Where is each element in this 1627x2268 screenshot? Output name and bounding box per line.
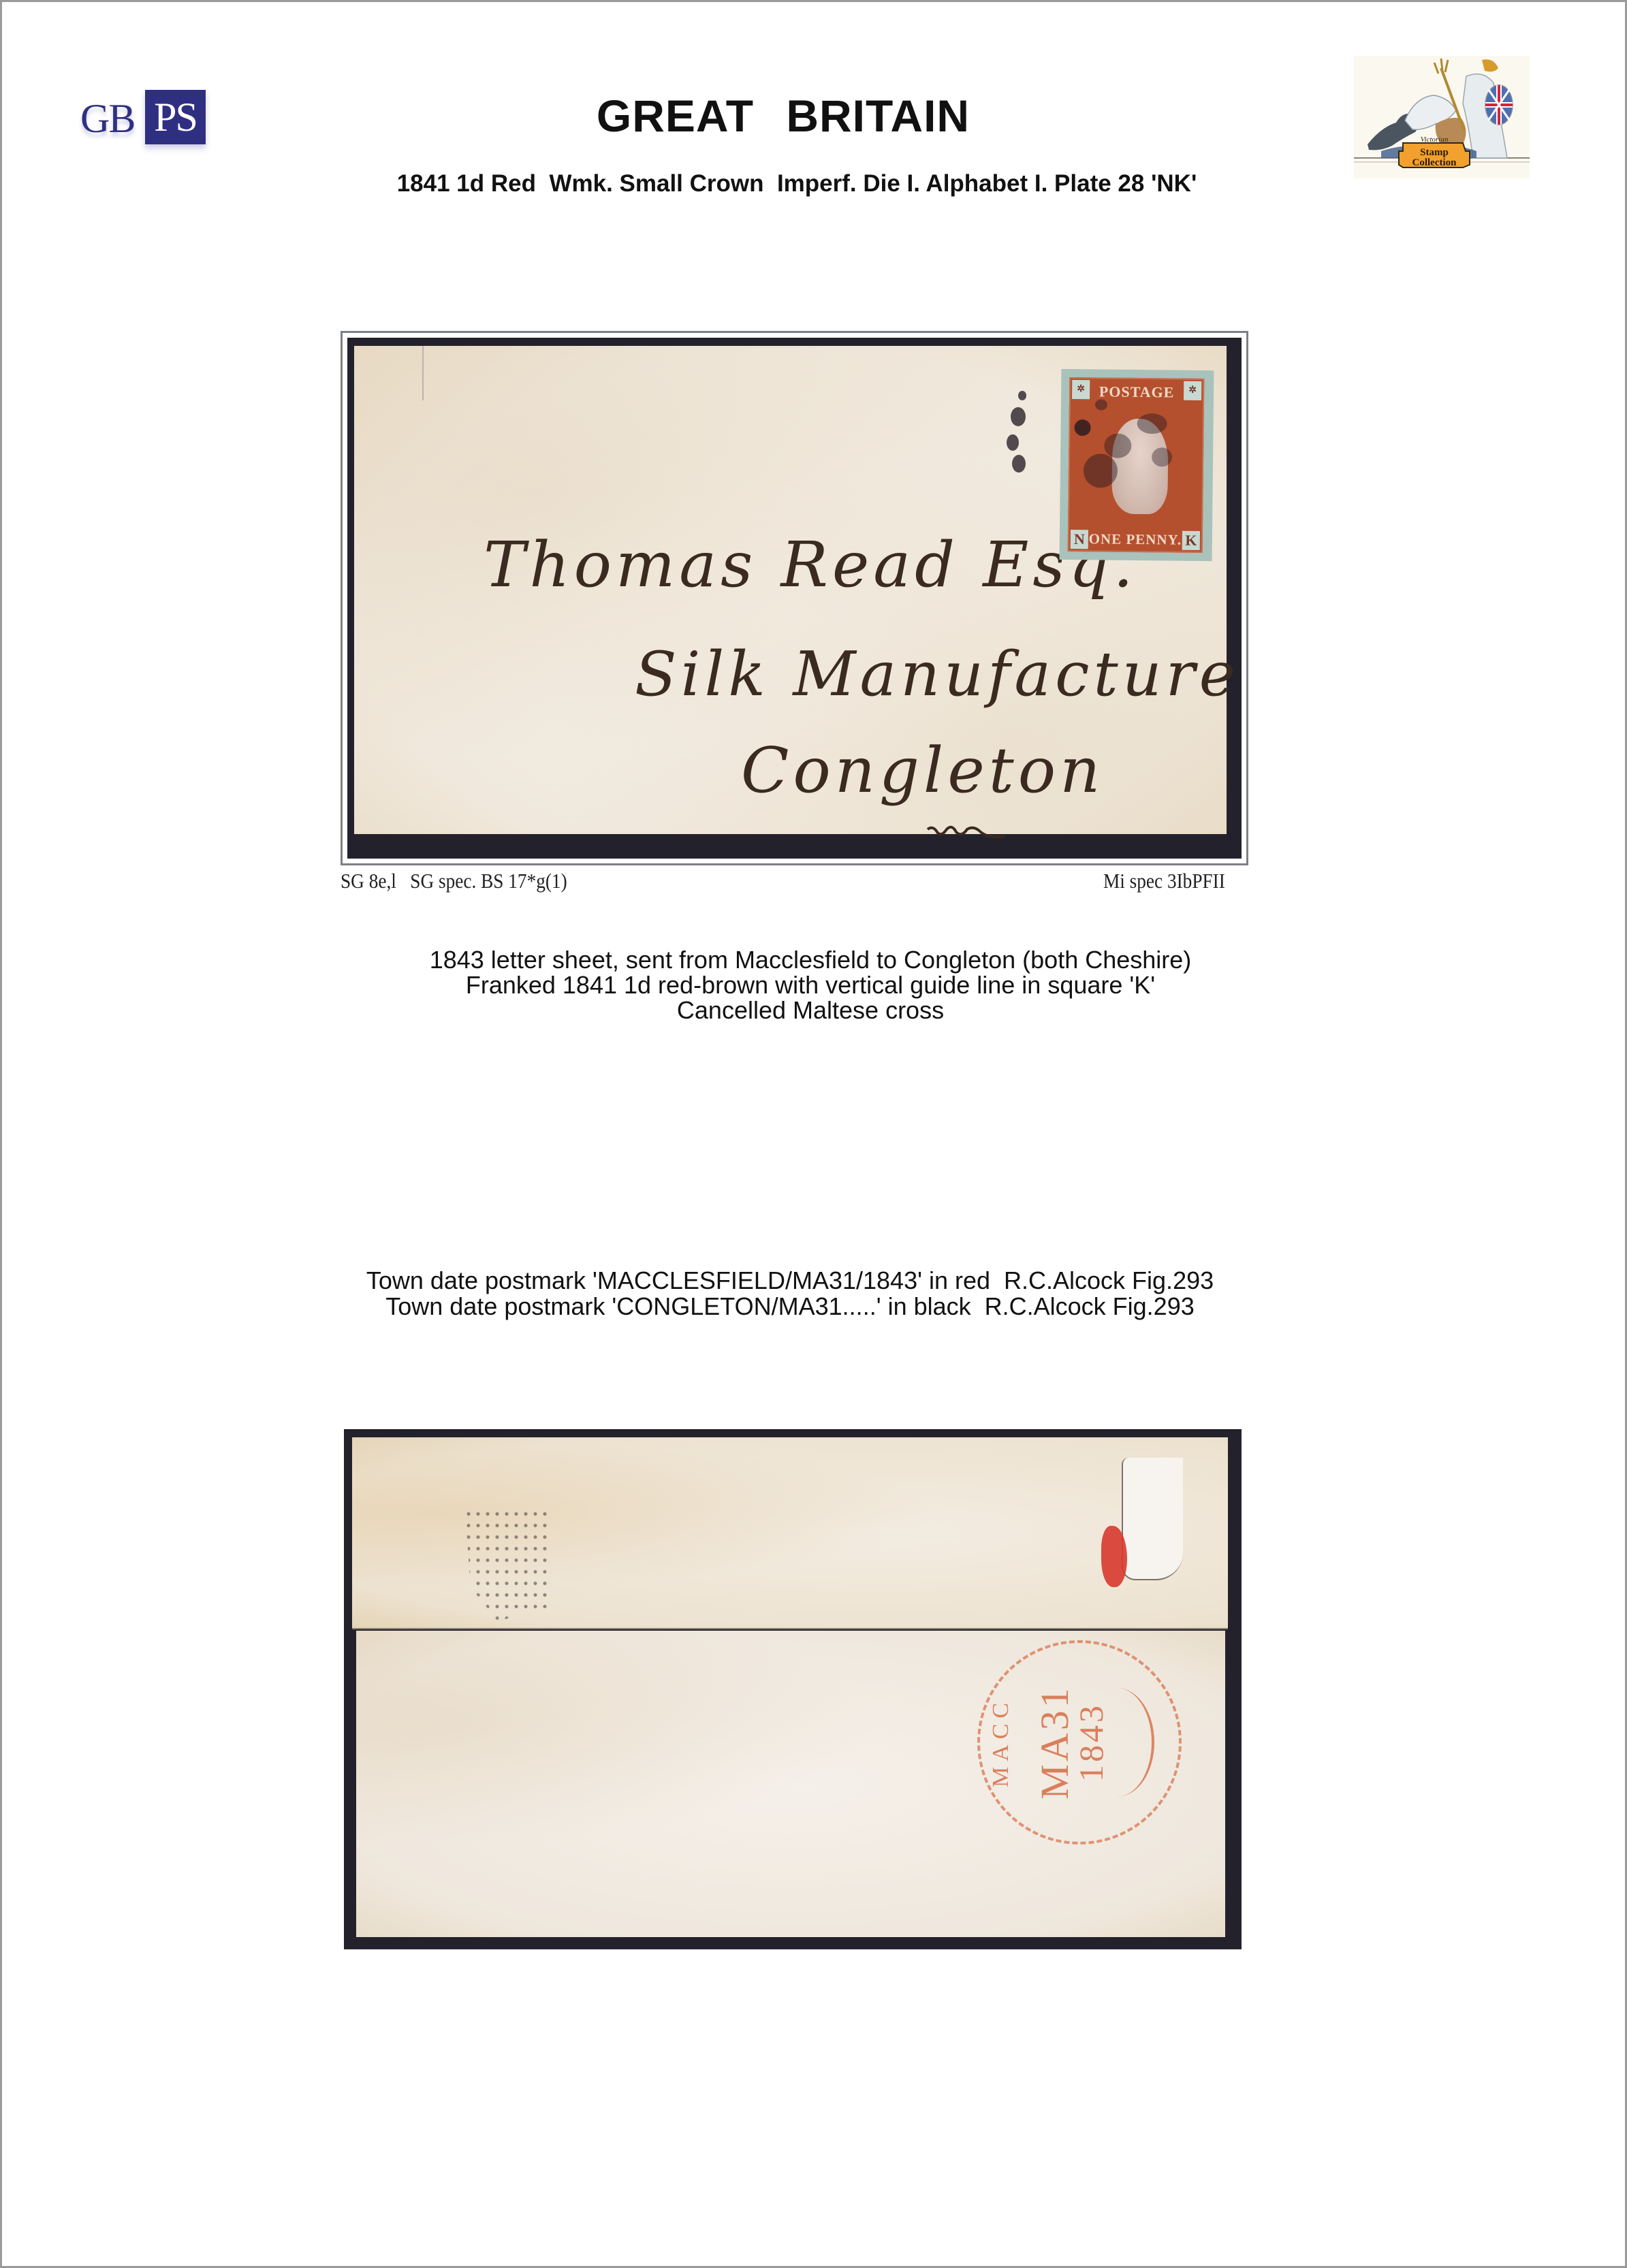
cancel-mark (1152, 447, 1172, 466)
description-line: Franked 1841 1d red-brown with vertical … (0, 972, 1621, 997)
torn-seal-area (1122, 1458, 1183, 1580)
cancel-mark (1011, 407, 1026, 426)
postmark-town: MACC (988, 1640, 1014, 1844)
stamp-bottom-text: ONE PENNY. (1088, 530, 1182, 548)
britannia-icon: Victorian Stamp Collection (1354, 56, 1530, 178)
cancel-mark (1074, 419, 1090, 436)
cancel-mark (1018, 391, 1026, 400)
pencil-mark (422, 346, 424, 400)
address-line-2: Silk Manufacturer (635, 639, 1242, 710)
address-line-3: Congleton (741, 734, 1104, 807)
postmark-note: Town date postmark 'MACCLESFIELD/MA31/18… (0, 1268, 1580, 1294)
red-postmark-macclesfield: MACC MA31 1843 (977, 1640, 1182, 1844)
flourish-icon (926, 822, 1008, 843)
postmark-notes: Town date postmark 'MACCLESFIELD/MA31/18… (0, 1268, 1580, 1320)
postmark-year: 1843 (1071, 1640, 1111, 1844)
postmark-note: Town date postmark 'CONGLETON/MA31.....'… (0, 1294, 1580, 1320)
victorian-stamp-collection-logo: Victorian Stamp Collection (1354, 56, 1530, 178)
cancel-mark (1012, 455, 1026, 473)
catalogue-reference-sg: SG 8e,l SG spec. BS 17*g(1) (341, 869, 567, 893)
catalogue-reference-michel: Mi spec 3IbPFII (1103, 869, 1225, 893)
cancel-mark (1137, 413, 1167, 434)
cancel-mark (1084, 453, 1118, 488)
black-postmark-congleton (454, 1485, 563, 1621)
banner-line-1: Stamp (1420, 147, 1449, 158)
page-title: GREAT BRITAIN (0, 90, 1566, 142)
back-cover-image: MACC MA31 1843 (344, 1429, 1242, 1949)
front-cover-image: Thomas Read Esq. Silk Manufacturer Congl… (347, 338, 1242, 859)
stamp-check-letter-right: K (1182, 531, 1200, 550)
penny-red-stamp: ✲ ✲ POSTAGE N ONE PENNY. K (1060, 369, 1214, 561)
address-line-1: Thomas Read Esq. (484, 528, 1137, 601)
description-line: 1843 letter sheet, sent from Macclesfiel… (0, 947, 1621, 972)
cancel-mark (1007, 434, 1019, 451)
letter-sheet-flap (352, 1437, 1228, 1629)
cancel-mark (1095, 399, 1107, 410)
banner-line-2: Collection (1412, 157, 1457, 168)
front-cover-frame: Thomas Read Esq. Silk Manufacturer Congl… (341, 331, 1248, 865)
stamp-top-text: POSTAGE (1071, 383, 1203, 402)
cancel-mark (1104, 433, 1131, 458)
postmark-date: MA31 (1032, 1640, 1077, 1844)
stamp-check-letter-left: N (1071, 530, 1088, 549)
description-line: Cancelled Maltese cross (0, 997, 1621, 1023)
cover-description: 1843 letter sheet, sent from Macclesfiel… (0, 947, 1621, 1023)
banner-top-text: Victorian (1421, 135, 1449, 144)
